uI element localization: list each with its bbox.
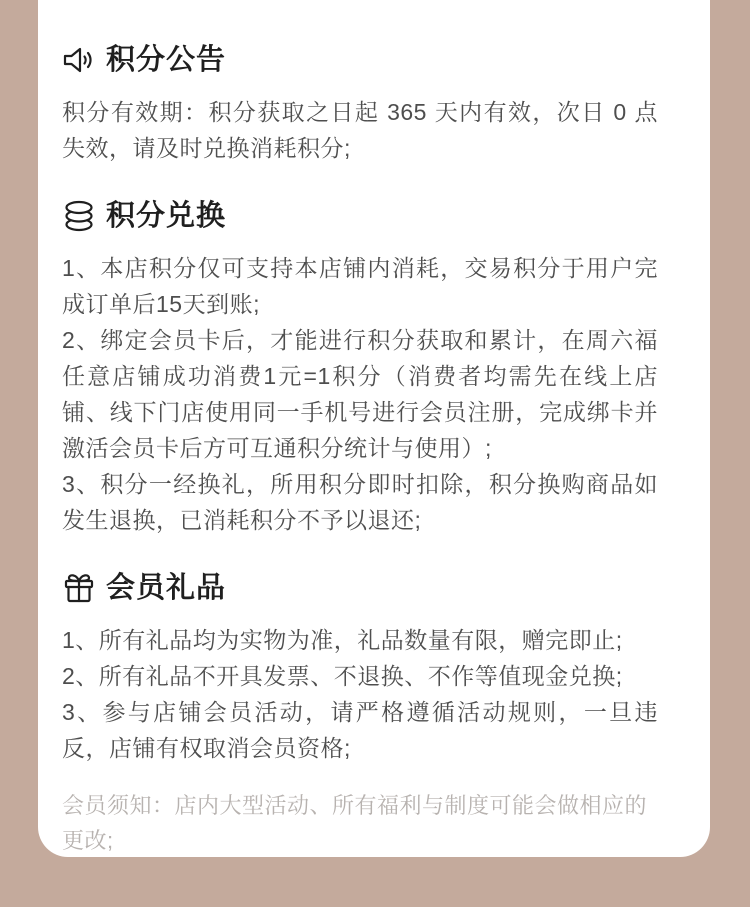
notice-paragraph: 3、参与店铺会员活动，请严格遵循活动规则，一旦违反，店铺有权取消会员资格; [62,694,658,766]
notice-paragraph: 3、积分一经换礼，所用积分即时扣除，积分换购商品如发生退换，已消耗积分不予以退还… [62,466,658,538]
section-title: 积分公告 [106,40,226,80]
notice-paragraph: 2、绑定会员卡后，才能进行积分获取和累计，在周六福任意店铺成功消费1元=1积分（… [62,322,658,466]
notice-paragraph: 1、本店积分仅可支持本店铺内消耗，交易积分于用户完成订单后15天到账; [62,250,658,322]
coins-icon [62,199,96,233]
section-title: 会员礼品 [106,568,226,608]
notice-card: 积分公告 积分有效期：积分获取之日起 365 天内有效，次日 0 点失效，请及时… [38,0,710,857]
member-gifts-heading: 会员礼品 [62,568,658,608]
points-announcement-heading: 积分公告 [62,40,658,80]
notice-paragraph: 1、所有礼品均为实物为准，礼品数量有限，赠完即止; [62,622,658,658]
speaker-icon [62,43,96,77]
points-exchange-heading: 积分兑换 [62,196,658,236]
member-notice-footer: 会员须知：店内大型活动、所有福利与制度可能会做相应的更改; *最终解释权归店铺所… [62,788,658,857]
footer-line: 会员须知：店内大型活动、所有福利与制度可能会做相应的更改; [62,788,658,857]
section-points-announcement: 积分公告 积分有效期：积分获取之日起 365 天内有效，次日 0 点失效，请及时… [62,40,658,166]
points-exchange-body: 1、本店积分仅可支持本店铺内消耗，交易积分于用户完成订单后15天到账; 2、绑定… [62,250,658,538]
section-points-exchange: 积分兑换 1、本店积分仅可支持本店铺内消耗，交易积分于用户完成订单后15天到账;… [62,196,658,538]
notice-paragraph: 2、所有礼品不开具发票、不退换、不作等值现金兑换; [62,658,658,694]
notice-paragraph: 积分有效期：积分获取之日起 365 天内有效，次日 0 点失效，请及时兑换消耗积… [62,94,658,166]
section-title: 积分兑换 [106,196,226,236]
points-announcement-body: 积分有效期：积分获取之日起 365 天内有效，次日 0 点失效，请及时兑换消耗积… [62,94,658,166]
section-member-gifts: 会员礼品 1、所有礼品均为实物为准，礼品数量有限，赠完即止; 2、所有礼品不开具… [62,568,658,766]
gift-icon [62,571,96,605]
page-background: 积分公告 积分有效期：积分获取之日起 365 天内有效，次日 0 点失效，请及时… [0,0,750,907]
member-gifts-body: 1、所有礼品均为实物为准，礼品数量有限，赠完即止; 2、所有礼品不开具发票、不退… [62,622,658,766]
